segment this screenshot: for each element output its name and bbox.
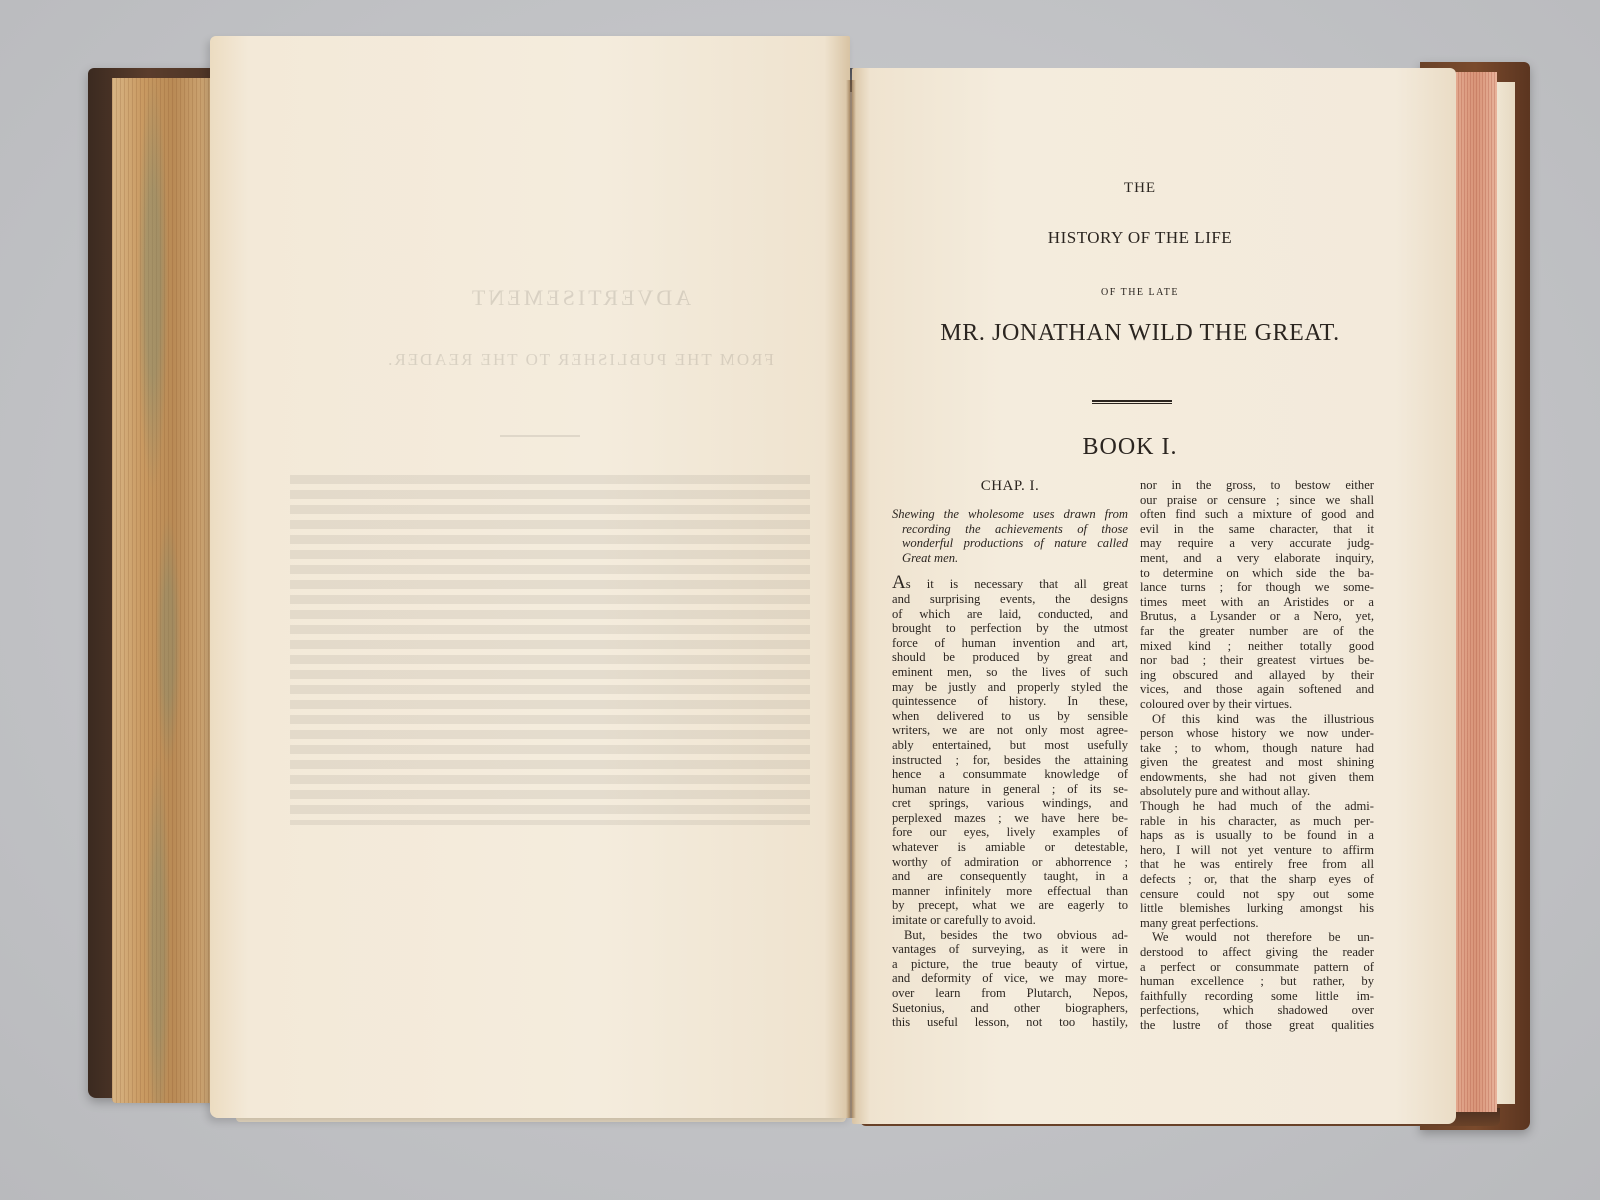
- title-rule: [1092, 400, 1172, 404]
- text-line: evil in the same character, that it: [1140, 522, 1374, 537]
- text-line: ment, and a very elaborate inquiry,: [1140, 551, 1374, 566]
- text-line: faithfully recording some little im-: [1140, 989, 1374, 1004]
- text-line: writers, we are not only most agree-: [892, 723, 1128, 738]
- text-line: ably entertained, but most usefully: [892, 738, 1128, 753]
- text-line: Though he had much of the admi-: [1140, 799, 1374, 814]
- text-line: when delivered to us by sensible: [892, 709, 1128, 724]
- text-line: this useful lesson, not too hastily,: [892, 1015, 1128, 1030]
- right-page-stack-edge: [1455, 72, 1497, 1112]
- left-page-stack-edge: [112, 78, 214, 1103]
- show-through-body-text: [290, 475, 810, 825]
- text-line: human excellence ; but rather, by: [1140, 974, 1374, 989]
- text-line: little blemishes lurking amongst his: [1140, 901, 1374, 916]
- text-line: hence a consummate knowledge of: [892, 767, 1128, 782]
- text-line: and surprising events, the designs: [892, 592, 1128, 607]
- text-line: often find such a mixture of good and: [1140, 507, 1374, 522]
- text-line: that he was entirely free from all: [1140, 857, 1374, 872]
- text-line: Suetonius, and other biographers,: [892, 1001, 1128, 1016]
- drop-cap: A: [892, 572, 906, 593]
- text-line: censure could not spy out some: [1140, 887, 1374, 902]
- text-line: may be justly and properly styled the: [892, 680, 1128, 695]
- text-line: hero, I will not yet venture to affirm: [1140, 843, 1374, 858]
- text-line: endowments, she had not given them: [1140, 770, 1374, 785]
- text-line: should be produced by great and: [892, 650, 1128, 665]
- title-history-of-the-life: HISTORY OF THE LIFE: [960, 228, 1320, 248]
- text-line: the lustre of those great qualities: [1140, 1018, 1374, 1033]
- text-line: As it is necessary that all great: [892, 577, 1128, 592]
- text-line: a picture, the true beauty of virtue,: [892, 957, 1128, 972]
- right-endpaper-edge: [1497, 82, 1515, 1104]
- left-column-lines: As it is necessary that all greatand sur…: [892, 577, 1128, 1029]
- text-line: quintessence of history. In these,: [892, 694, 1128, 709]
- text-column-left: CHAP. I. Shewing the wholesome uses draw…: [892, 478, 1128, 1030]
- right-column-lines: nor in the gross, to bestow eitherour pr…: [1140, 478, 1374, 1033]
- text-line: far the greater number are of the: [1140, 624, 1374, 639]
- text-line: haps as is usually to be found in a: [1140, 828, 1374, 843]
- text-column-right: nor in the gross, to bestow eitherour pr…: [1140, 478, 1374, 1033]
- chapter-heading: CHAP. I.: [892, 478, 1128, 495]
- text-line: many great perfections.: [1140, 916, 1374, 931]
- text-line: whatever is amiable or detestable,: [892, 840, 1128, 855]
- title-the: THE: [1100, 180, 1180, 197]
- text-line: perplexed mazes ; we have here be-: [892, 811, 1128, 826]
- text-line: by precept, what we are eagerly to: [892, 898, 1128, 913]
- text-line: manner infinitely more effectual than: [892, 884, 1128, 899]
- text-line: Brutus, a Lysander or a Nero, yet,: [1140, 609, 1374, 624]
- title-of-the-late: OF THE LATE: [1040, 287, 1240, 298]
- text-line: may require a very accurate judg-: [1140, 536, 1374, 551]
- text-line: and deformity of vice, we may more-: [892, 971, 1128, 986]
- text-line: instructed ; for, besides the attaining: [892, 753, 1128, 768]
- text-line: coloured over by their virtues.: [1140, 697, 1374, 712]
- text-line: fore our eyes, lively examples of: [892, 825, 1128, 840]
- text-line: derstood to affect giving the reader: [1140, 945, 1374, 960]
- text-line: imitate or carefully to avoid.: [892, 913, 1128, 928]
- chapter-summary: Shewing the wholesome uses drawn from re…: [892, 507, 1128, 565]
- text-line: vices, and those again softened and: [1140, 682, 1374, 697]
- book-gutter: [846, 80, 856, 1118]
- text-line: ing obscured and allayed by their: [1140, 668, 1374, 683]
- text-line: cret springs, various windings, and: [892, 796, 1128, 811]
- text-line: Of this kind was the illustrious: [1140, 712, 1374, 727]
- text-line: mixed kind ; neither totally good: [1140, 639, 1374, 654]
- show-through-rule: [500, 435, 580, 437]
- text-line: worthy of admiration or abhorrence ;: [892, 855, 1128, 870]
- text-line: human nature in general ; of its se-: [892, 782, 1128, 797]
- text-line: We would not therefore be un-: [1140, 930, 1374, 945]
- text-line: nor in the gross, to bestow either: [1140, 478, 1374, 493]
- text-line: force of human invention and art,: [892, 636, 1128, 651]
- text-line: our praise or censure ; since we shall: [1140, 493, 1374, 508]
- book-heading: BOOK I.: [1030, 434, 1230, 461]
- text-line: absolutely pure and without allay.: [1140, 784, 1374, 799]
- text-line: perfections, which shadowed over: [1140, 1003, 1374, 1018]
- text-line: of which are laid, conducted, and: [892, 607, 1128, 622]
- text-line: defects ; or, that the sharp eyes of: [1140, 872, 1374, 887]
- text-line: a perfect or consummate pattern of: [1140, 960, 1374, 975]
- text-line: and are consequently taught, in a: [892, 869, 1128, 884]
- text-line: person whose history we now under-: [1140, 726, 1374, 741]
- text-line: But, besides the two obvious ad-: [892, 928, 1128, 943]
- text-line: nor bad ; their greatest virtues be-: [1140, 653, 1374, 668]
- text-line: rable in his character, as much per-: [1140, 814, 1374, 829]
- text-line: over learn from Plutarch, Nepos,: [892, 986, 1128, 1001]
- show-through-title: ADVERTISEMENT: [420, 285, 740, 311]
- text-line: vantages of surveying, as it were in: [892, 942, 1128, 957]
- text-line: given the greatest and most shining: [1140, 755, 1374, 770]
- text-line: take ; to whom, though nature had: [1140, 741, 1374, 756]
- text-line: to determine on which side the ba-: [1140, 566, 1374, 581]
- text-line: lance turns ; for though we some-: [1140, 580, 1374, 595]
- text-line: brought to perfection by the utmost: [892, 621, 1128, 636]
- main-title: MR. JONATHAN WILD THE GREAT.: [880, 320, 1400, 347]
- show-through-subtitle: FROM THE PUBLISHER TO THE READER.: [370, 350, 790, 370]
- text-line: times meet with an Aristides or a: [1140, 595, 1374, 610]
- text-line: eminent men, so the lives of such: [892, 665, 1128, 680]
